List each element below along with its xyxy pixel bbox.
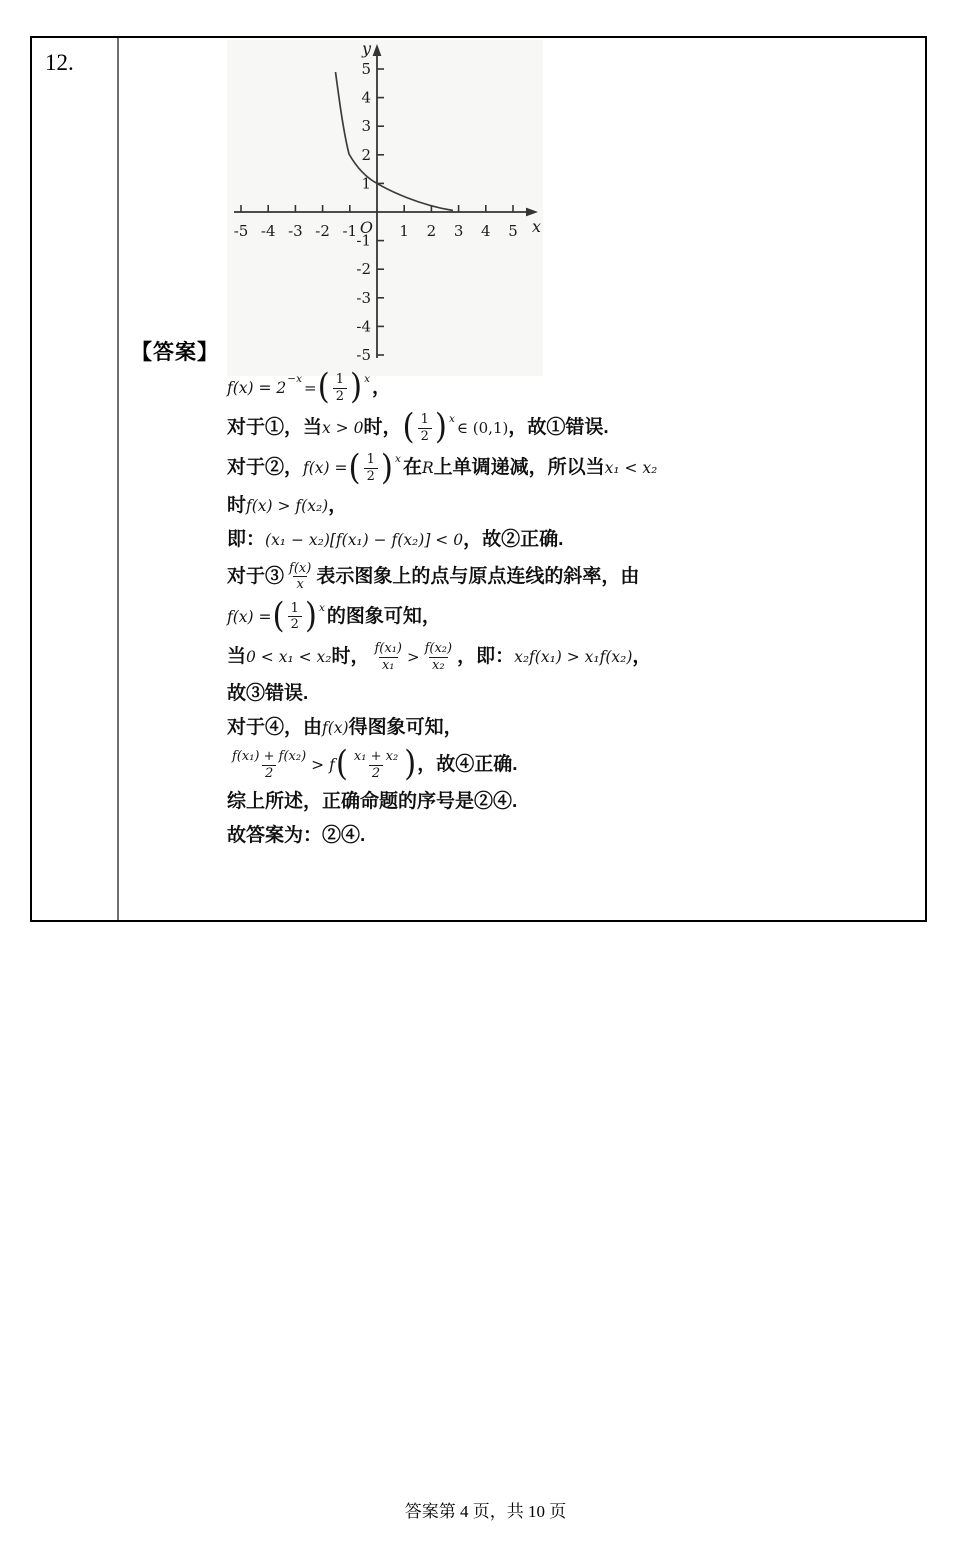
x-tick-label: -1 [342, 222, 357, 240]
fraction-denominator: x [293, 576, 306, 593]
fraction-numerator: f(x₁) + f(x₂) [229, 749, 309, 765]
y-axis-arrow-icon [373, 44, 382, 56]
math-segment: > [407, 648, 420, 666]
math-segment: (x₁ − x₂)[f(x₁) − f(x₂)] < 0 [265, 531, 463, 549]
text-segment: 时， [331, 644, 369, 670]
x-tick-label: 1 [399, 222, 409, 240]
math-superscript: x [319, 602, 325, 614]
text-segment: ， [632, 644, 651, 670]
text-segment: 在 [403, 455, 422, 481]
fraction-denominator: x₁ [379, 657, 398, 674]
text-segment: 对于①，当 [227, 415, 322, 441]
fraction-numerator: 1 [333, 372, 347, 388]
text-segment: ，故④正确. [417, 752, 517, 778]
answer-line: f(x) = (12)x的图象可知， [227, 601, 877, 633]
math-parenthesis: ( [273, 601, 285, 632]
x-tick-label: -2 [315, 222, 330, 240]
math-fraction: x₁ + x₂2 [351, 749, 401, 781]
math-segment: f(x) > f(x₂) [246, 497, 328, 515]
math-fraction: f(x₁) + f(x₂)2 [229, 749, 309, 781]
y-tick-label: 5 [361, 60, 371, 78]
answer-line: 对于①，当x > 0时，(12)x ∈ (0,1)，故①错误. [227, 412, 877, 444]
math-superscript: x [395, 453, 401, 465]
exponential-curve-plot: -5-4-3-2-112345 54321-1-2-3-4-5 y x O [227, 40, 543, 376]
answer-line: 故答案为：②④. [227, 823, 877, 849]
math-segment: = [304, 379, 317, 397]
math-segment: x > 0 [322, 419, 363, 437]
math-parenthesis: ( [318, 372, 330, 403]
y-axis-label: y [361, 40, 372, 58]
answer-line: 时f(x) > f(x₂)， [227, 493, 877, 519]
answer-table: 12. -5-4-3-2-112345 54321-1-2-3-4-5 y x … [30, 36, 927, 922]
exponential-decay-curve [336, 72, 454, 211]
origin-label: O [360, 218, 373, 237]
y-tick-label: 1 [361, 174, 371, 192]
answer-line: 即：(x₁ − x₂)[f(x₁) − f(x₂)] < 0，故②正确. [227, 527, 877, 553]
math-fraction: f(x)x [286, 561, 314, 593]
x-tick-label: 4 [481, 222, 491, 240]
fraction-numerator: x₁ + x₂ [351, 749, 401, 765]
text-segment: 时 [227, 493, 246, 519]
math-segment: R [422, 459, 434, 477]
answer-line: 当0 < x₁ < x₂时，f(x₁)x₁ > f(x₂)x₂，即：x₂f(x₁… [227, 641, 877, 673]
math-fraction: 12 [288, 601, 302, 633]
x-axis-ticks: -5-4-3-2-112345 [234, 205, 518, 240]
fraction-numerator: f(x₂) [422, 641, 456, 657]
answer-line: f(x₁) + f(x₂)2 > f(x₁ + x₂2)，故④正确. [227, 749, 877, 781]
y-tick-label: -5 [356, 346, 371, 364]
fraction-denominator: 2 [418, 428, 432, 445]
math-parenthesis: ) [350, 372, 362, 403]
fraction-denominator: 2 [288, 616, 302, 633]
fraction-numerator: f(x) [286, 561, 314, 577]
fraction-denominator: x₂ [429, 657, 448, 674]
fraction-denominator: 2 [364, 468, 378, 485]
text-segment: 对于②， [227, 455, 303, 481]
y-tick-label: 4 [361, 89, 371, 107]
math-parenthesis: ( [349, 453, 361, 484]
answer-line: 对于②，f(x) = (12)x在R上单调递减，所以当x₁ < x₂ [227, 452, 877, 484]
text-segment: 的图象可知， [327, 604, 441, 630]
math-segment: f(x) = [303, 459, 348, 477]
answer-line: 对于③f(x)x表示图象上的点与原点连线的斜率，由 [227, 561, 877, 593]
text-segment: ，即： [457, 644, 514, 670]
x-tick-label: 2 [427, 222, 437, 240]
answer-line: 故③错误. [227, 681, 877, 707]
text-segment: 时， [363, 415, 401, 441]
math-parenthesis: ) [435, 413, 447, 444]
math-fraction: f(x₁)x₁ [372, 641, 406, 673]
text-segment: ，故②正确. [463, 527, 563, 553]
text-segment: 故答案为：②④. [227, 823, 365, 849]
text-segment: ，故①错误. [508, 415, 608, 441]
fraction-denominator: 2 [262, 765, 276, 782]
answer-line: f(x) = 2−x = (12)x， [227, 372, 877, 404]
y-tick-label: -4 [356, 317, 371, 335]
question-number: 12. [45, 50, 74, 75]
math-fraction: 12 [418, 412, 432, 444]
math-parenthesis: ( [336, 750, 348, 781]
text-segment: 对于④，由 [227, 715, 322, 741]
function-graph: -5-4-3-2-112345 54321-1-2-3-4-5 y x O [227, 40, 543, 376]
math-segment: 0 < x₁ < x₂ [246, 648, 331, 666]
text-segment: 上单调递减，所以当 [434, 455, 605, 481]
x-tick-label: 5 [508, 222, 518, 240]
x-axis-arrow-icon [526, 208, 538, 217]
math-fraction: 12 [364, 452, 378, 484]
text-segment: 故③错误. [227, 681, 308, 707]
math-segment: > f [311, 756, 335, 774]
math-superscript: −x [287, 373, 302, 385]
y-tick-label: 2 [361, 146, 371, 164]
page-footer: 答案第 4 页，共 10 页 [0, 1497, 971, 1522]
math-parenthesis: ) [404, 750, 416, 781]
text-segment: ， [372, 375, 391, 401]
answer-content-cell: -5-4-3-2-112345 54321-1-2-3-4-5 y x O 【答… [119, 38, 925, 920]
x-axis-label: x [532, 217, 541, 236]
text-segment: 得图象可知， [349, 715, 463, 741]
math-parenthesis: ) [305, 601, 317, 632]
answer-section-label: 【答案】 [131, 336, 219, 366]
math-fraction: 12 [333, 372, 347, 404]
math-segment: f(x) [322, 719, 349, 737]
answer-explanation: f(x) = 2−x = (12)x，对于①，当x > 0时，(12)x ∈ (… [227, 372, 877, 857]
x-tick-label: 3 [454, 222, 464, 240]
math-segment: x₂f(x₁) > x₁f(x₂) [514, 648, 632, 666]
fraction-numerator: 1 [288, 601, 302, 617]
fraction-numerator: 1 [364, 452, 378, 468]
math-superscript: x [449, 413, 455, 425]
text-segment: 综上所述，正确命题的序号是②④. [227, 789, 517, 815]
question-number-cell: 12. [32, 38, 119, 920]
y-tick-label: -3 [356, 289, 371, 307]
math-fraction: f(x₂)x₂ [422, 641, 456, 673]
text-segment: 表示图象上的点与原点连线的斜率，由 [316, 564, 639, 590]
math-segment: f(x) = 2 [227, 379, 286, 397]
x-tick-label: -3 [288, 222, 303, 240]
x-tick-label: -5 [234, 222, 249, 240]
answer-line: 综上所述，正确命题的序号是②④. [227, 789, 877, 815]
math-parenthesis: ) [381, 453, 393, 484]
math-segment: ∈ (0,1) [457, 419, 508, 437]
answer-line: 对于④，由f(x)得图象可知， [227, 715, 877, 741]
text-segment: ， [328, 493, 347, 519]
y-tick-label: 3 [361, 117, 371, 135]
fraction-denominator: 2 [333, 388, 347, 405]
fraction-numerator: 1 [418, 412, 432, 428]
text-segment: 当 [227, 644, 246, 670]
math-superscript: x [364, 373, 370, 385]
math-segment: x₁ < x₂ [605, 459, 658, 477]
y-tick-label: -2 [356, 260, 371, 278]
math-parenthesis: ( [402, 413, 414, 444]
math-segment: f(x) = [227, 608, 272, 626]
text-segment: 对于③ [227, 564, 284, 590]
document-page: { "document": { "question_number": "12."… [0, 0, 971, 1557]
fraction-numerator: f(x₁) [372, 641, 406, 657]
text-segment: 即： [227, 527, 265, 553]
fraction-denominator: 2 [369, 765, 383, 782]
x-tick-label: -4 [261, 222, 276, 240]
